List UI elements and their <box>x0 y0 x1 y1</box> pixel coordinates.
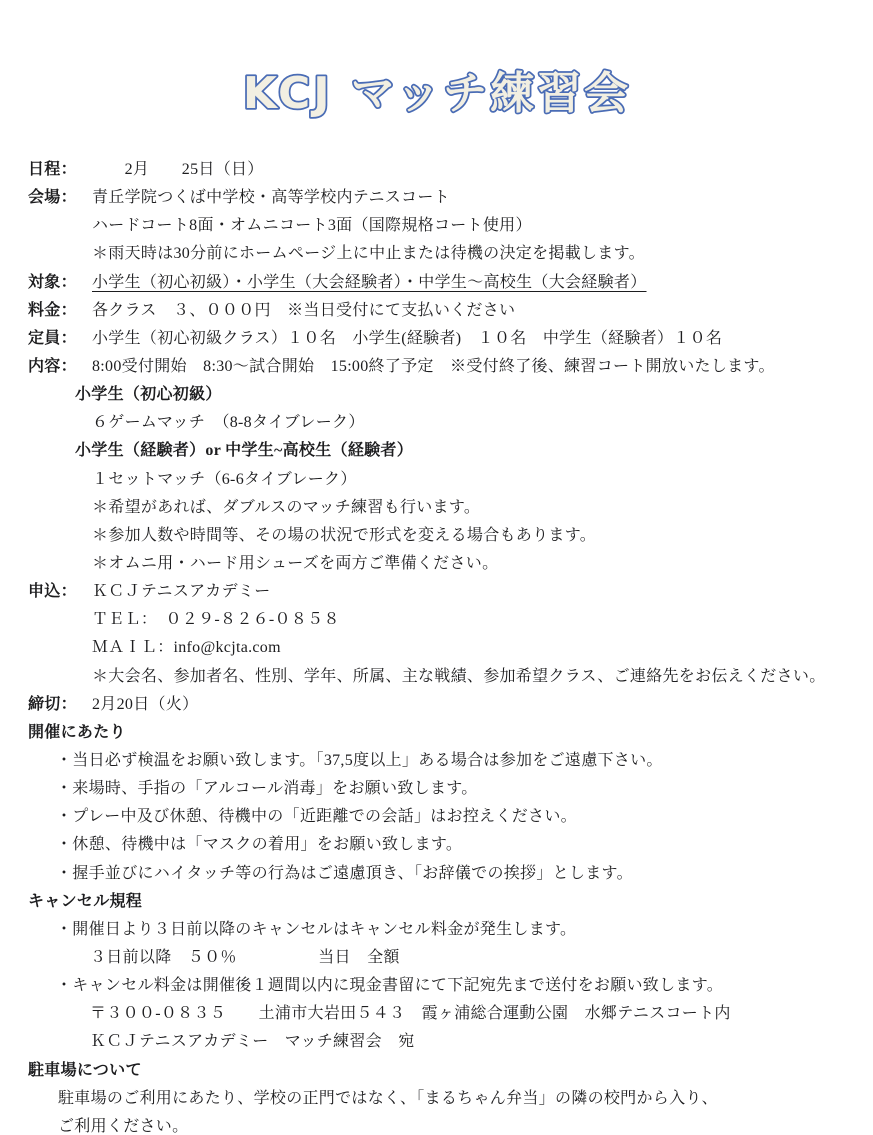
text-line: 駐車場について <box>28 1062 142 1079</box>
text-line: ＊オムニ用・ハード用シューズを両方ご準備ください。 <box>92 555 498 572</box>
field-label: 申込： <box>28 578 92 606</box>
doc-line: 〒３００‐０８３５ 土浦市大岩田５４３ 霞ヶ浦総合運動公園 水郷テニスコート内 <box>0 1000 873 1028</box>
doc-line: 申込：ＫＣＪテニスアカデミー <box>0 578 873 606</box>
doc-line: １セットマッチ（6-6タイブレーク） <box>0 466 873 494</box>
field-value: 2月 25日（日） <box>92 161 264 178</box>
field-label: 定員： <box>28 325 92 353</box>
field-label: 会場： <box>28 184 92 212</box>
field-value: 8:00受付開始 8:30～試合開始 15:00終了予定 ※受付終了後、練習コー… <box>92 358 775 375</box>
doc-line: ＊大会名、参加者名、性別、学年、所属、主な戦績、参加希望クラス、ご連絡先をお伝え… <box>0 663 873 691</box>
doc-line: 小学生（初心初級） <box>0 381 873 409</box>
field-value: 青丘学院つくば中学校・高等学校内テニスコート <box>92 189 450 206</box>
text-line: ＴＥＬ： ０２９‐８２６‐０８５８ <box>92 611 340 628</box>
field-label: 日程： <box>28 156 92 184</box>
document-page: { "title": { "text": "KCJ マッチ練習会", "fill… <box>0 0 873 1135</box>
text-line: ・キャンセル料金は開催後１週間以内に現金書留にて下記宛先まで送付をお願い致します… <box>56 977 723 994</box>
doc-line: ＊希望があれば、ダブルスのマッチ練習も行います。 <box>0 494 873 522</box>
text-line: 開催にあたり <box>28 724 126 741</box>
text-line: １セットマッチ（6-6タイブレーク） <box>92 471 357 488</box>
field-value: ＫＣＪテニスアカデミー <box>92 583 271 600</box>
text-line: 駐車場のご利用にあたり、学校の正門ではなく、「まるちゃん弁当」の隣の校門から入り… <box>58 1090 718 1107</box>
text-line: ・当日必ず検温をお願い致します。「37,5度以上」ある場合は参加をご遠慮下さい。 <box>56 752 663 769</box>
text-line: ・握手並びにハイタッチ等の行為はご遠慮頂き、「お辞儀での挨拶」とします。 <box>56 865 633 882</box>
doc-line: 開催にあたり <box>0 719 873 747</box>
doc-line: ・当日必ず検温をお願い致します。「37,5度以上」ある場合は参加をご遠慮下さい。 <box>0 747 873 775</box>
text-line: ・開催日より３日前以降のキャンセルはキャンセル料金が発生します。 <box>56 921 576 938</box>
doc-line: ６ゲームマッチ （8-8タイブレーク） <box>0 409 873 437</box>
field-value: 各クラス ３、０００円 ※当日受付にて支払いください <box>92 302 515 319</box>
text-line: ・休憩、待機中は「マスクの着用」をお願い致します。 <box>56 836 462 853</box>
doc-line: ＭＡＩＬ：info@kcjta.com <box>0 634 873 662</box>
doc-line: ・プレー中及び休憩、待機中の「近距離での会話」はお控えください。 <box>0 803 873 831</box>
doc-line: ご利用ください。 <box>0 1113 873 1135</box>
doc-line: ３日前以降 ５０％ 当日 全額 <box>0 944 873 972</box>
doc-line: ＊オムニ用・ハード用シューズを両方ご準備ください。 <box>0 550 873 578</box>
text-line: ＊参加人数や時間等、その場の状況で形式を変える場合もあります。 <box>92 527 596 544</box>
doc-line: 料金：各クラス ３、０００円 ※当日受付にて支払いください <box>0 297 873 325</box>
doc-line: 対象：小学生（初心初級）・小学生（大会経験者）・中学生～高校生（大会経験者） <box>0 269 873 297</box>
text-line: ＊雨天時は30分前にホームページ上に中止または待機の決定を掲載します。 <box>92 245 645 262</box>
doc-line: ・休憩、待機中は「マスクの着用」をお願い致します。 <box>0 831 873 859</box>
doc-line: 小学生（経験者）or 中学生~高校生（経験者） <box>0 437 873 465</box>
title-banner: KCJ マッチ練習会 <box>0 48 873 132</box>
field-label: 締切： <box>28 691 92 719</box>
doc-line: 日程： 2月 25日（日） <box>0 156 873 184</box>
text-line: ＊希望があれば、ダブルスのマッチ練習も行います。 <box>92 499 480 516</box>
doc-line: 会場：青丘学院つくば中学校・高等学校内テニスコート <box>0 184 873 212</box>
text-line: ご利用ください。 <box>58 1118 188 1135</box>
text-line: ＫＣＪテニスアカデミー マッチ練習会 宛 <box>90 1033 415 1050</box>
doc-line: ＊雨天時は30分前にホームページ上に中止または待機の決定を掲載します。 <box>0 240 873 268</box>
text-line: ６ゲームマッチ （8-8タイブレーク） <box>92 414 365 431</box>
text-line: キャンセル規程 <box>28 893 142 910</box>
page-title: KCJ マッチ練習会 <box>242 68 630 119</box>
doc-line: 定員：小学生（初心初級クラス）１０名 小学生(経験者) １０名 中学生（経験者）… <box>0 325 873 353</box>
field-label: 内容： <box>28 353 92 381</box>
doc-line: 駐車場のご利用にあたり、学校の正門ではなく、「まるちゃん弁当」の隣の校門から入り… <box>0 1085 873 1113</box>
doc-line: ・来場時、手指の「アルコール消毒」をお願い致します。 <box>0 775 873 803</box>
doc-line: ハードコート8面・オムニコート3面（国際規格コート使用） <box>0 212 873 240</box>
doc-line: ＫＣＪテニスアカデミー マッチ練習会 宛 <box>0 1028 873 1056</box>
text-line: ・プレー中及び休憩、待機中の「近距離での会話」はお控えください。 <box>56 808 577 825</box>
text-line: 小学生（初心初級） <box>75 386 222 403</box>
field-value: 2月20日（火） <box>92 696 198 713</box>
title-graphic: KCJ マッチ練習会 <box>87 48 787 132</box>
doc-line: ・握手並びにハイタッチ等の行為はご遠慮頂き、「お辞儀での挨拶」とします。 <box>0 860 873 888</box>
doc-line: 駐車場について <box>0 1057 873 1085</box>
text-line: ３日前以降 ５０％ 当日 全額 <box>90 949 400 966</box>
document-body: 日程： 2月 25日（日）会場：青丘学院つくば中学校・高等学校内テニスコートハー… <box>0 156 873 1135</box>
field-value: 小学生（初心初級）・小学生（大会経験者）・中学生～高校生（大会経験者） <box>92 274 647 291</box>
text-line: 小学生（経験者）or 中学生~高校生（経験者） <box>75 442 413 459</box>
text-line: ・来場時、手指の「アルコール消毒」をお願い致します。 <box>56 780 478 797</box>
field-label: 料金： <box>28 297 92 325</box>
text-line: ハードコート8面・オムニコート3面（国際規格コート使用） <box>92 217 532 234</box>
text-line: ＭＡＩＬ：info@kcjta.com <box>92 639 281 656</box>
field-value: 小学生（初心初級クラス）１０名 小学生(経験者) １０名 中学生（経験者）１０名 <box>92 330 722 347</box>
doc-line: キャンセル規程 <box>0 888 873 916</box>
doc-line: 内容：8:00受付開始 8:30～試合開始 15:00終了予定 ※受付終了後、練… <box>0 353 873 381</box>
doc-line: 締切：2月20日（火） <box>0 691 873 719</box>
doc-line: ＴＥＬ： ０２９‐８２６‐０８５８ <box>0 606 873 634</box>
text-line: 〒３００‐０８３５ 土浦市大岩田５４３ 霞ヶ浦総合運動公園 水郷テニスコート内 <box>90 1005 731 1022</box>
doc-line: ・キャンセル料金は開催後１週間以内に現金書留にて下記宛先まで送付をお願い致します… <box>0 972 873 1000</box>
doc-line: ・開催日より３日前以降のキャンセルはキャンセル料金が発生します。 <box>0 916 873 944</box>
field-label: 対象： <box>28 269 92 297</box>
doc-line: ＊参加人数や時間等、その場の状況で形式を変える場合もあります。 <box>0 522 873 550</box>
text-line: ＊大会名、参加者名、性別、学年、所属、主な戦績、参加希望クラス、ご連絡先をお伝え… <box>92 668 826 685</box>
